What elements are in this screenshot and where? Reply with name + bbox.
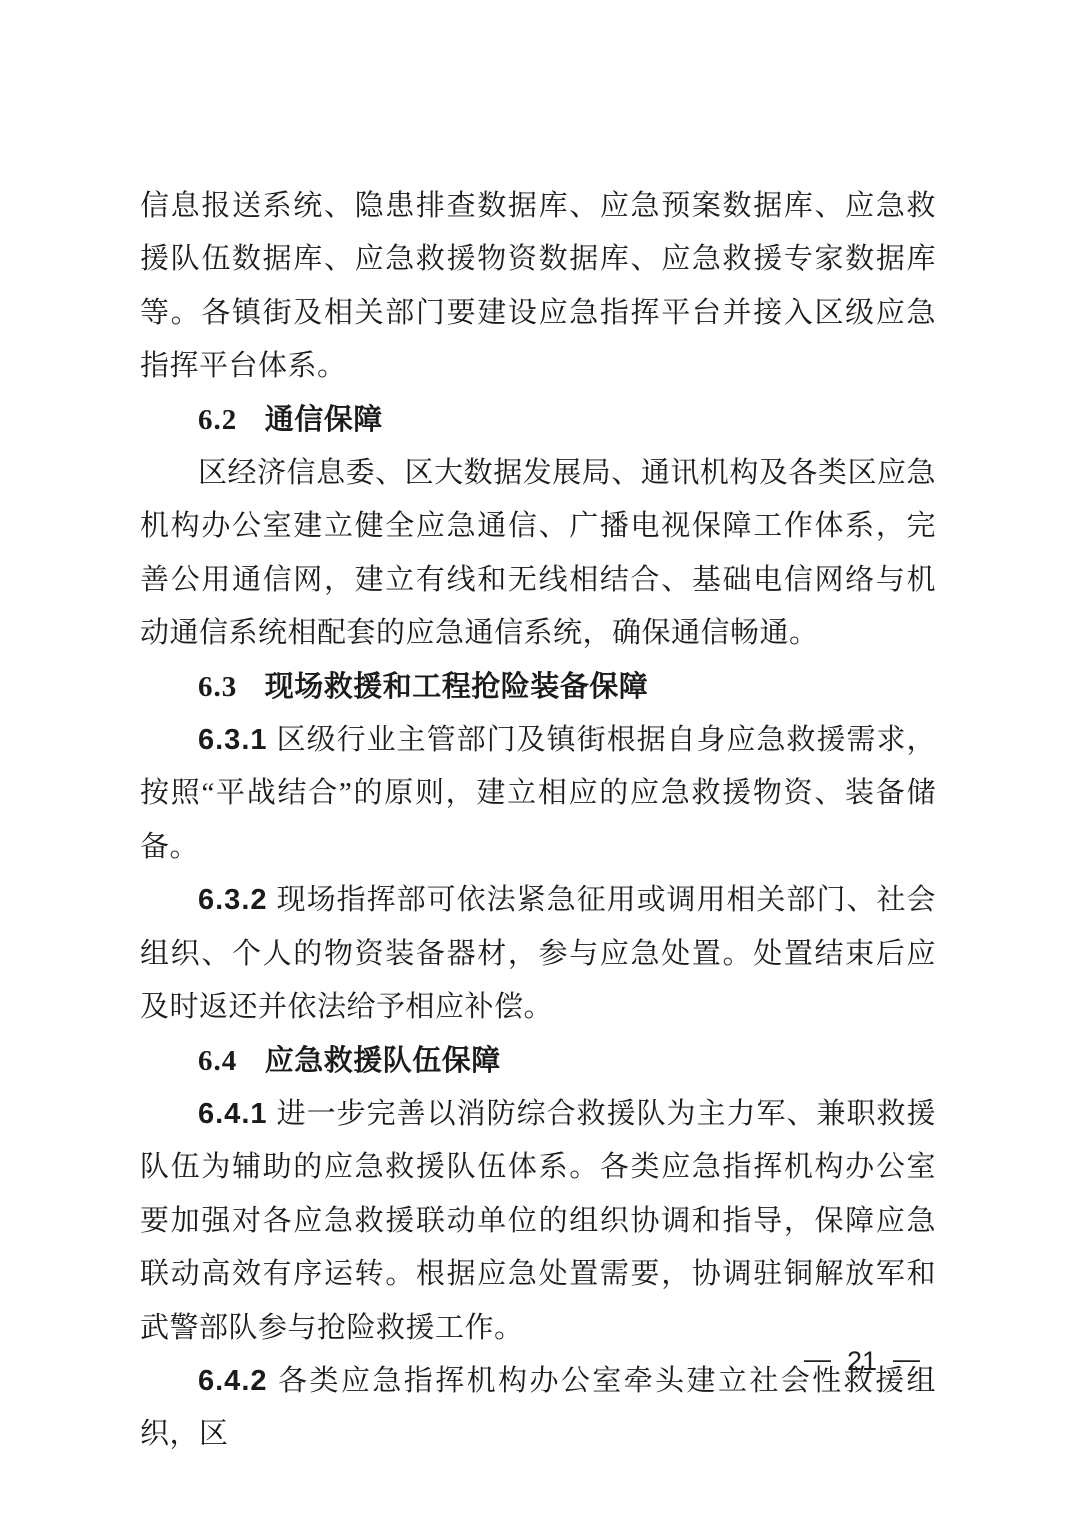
section-6-2-paragraph: 区经济信息委、区大数据发展局、通讯机构及各类区应急机构办公室建立健全应急通信、广… [140, 447, 936, 661]
document-page: 信息报送系统、隐患排查数据库、应急预案数据库、应急救援队伍数据库、应急救援物资数… [0, 0, 1074, 1520]
continuation-paragraph: 信息报送系统、隐患排查数据库、应急预案数据库、应急救援队伍数据库、应急救援物资数… [140, 180, 936, 394]
section-heading-6-4: 6.4应急救援队伍保障 [140, 1035, 936, 1088]
footer-dash-right: — [893, 1344, 920, 1375]
clause-paragraph-6-3-1: 6.3.1区级行业主管部门及镇街根据自身应急救援需求，按照“平战结合”的原则，建… [140, 714, 936, 874]
page-number: 21 [847, 1346, 877, 1377]
section-number: 6.3 [198, 671, 237, 703]
section-title: 应急救援队伍保障 [265, 1045, 501, 1077]
page-footer: — 21 — [804, 1346, 920, 1377]
clause-number: 6.3.1 [198, 724, 268, 756]
clause-paragraph-6-3-2: 6.3.2现场指挥部可依法紧急征用或调用相关部门、社会组织、个人的物资装备器材，… [140, 874, 936, 1034]
footer-dash-left: — [804, 1344, 831, 1375]
section-title: 通信保障 [265, 404, 383, 436]
clause-number: 6.4.1 [198, 1098, 268, 1130]
clause-number: 6.4.2 [198, 1365, 268, 1397]
section-number: 6.4 [198, 1045, 237, 1077]
clause-paragraph-6-4-1: 6.4.1进一步完善以消防综合救援队为主力军、兼职救援队伍为辅助的应急救援队伍体… [140, 1088, 936, 1355]
section-number: 6.2 [198, 404, 237, 436]
clause-number: 6.3.2 [198, 884, 268, 916]
section-heading-6-2: 6.2通信保障 [140, 394, 936, 447]
document-content: 信息报送系统、隐患排查数据库、应急预案数据库、应急救援队伍数据库、应急救援物资数… [140, 180, 936, 1462]
section-heading-6-3: 6.3现场救援和工程抢险装备保障 [140, 661, 936, 714]
section-title: 现场救援和工程抢险装备保障 [265, 671, 649, 703]
clause-text: 进一步完善以消防综合救援队为主力军、兼职救援队伍为辅助的应急救援队伍体系。各类应… [140, 1098, 936, 1344]
